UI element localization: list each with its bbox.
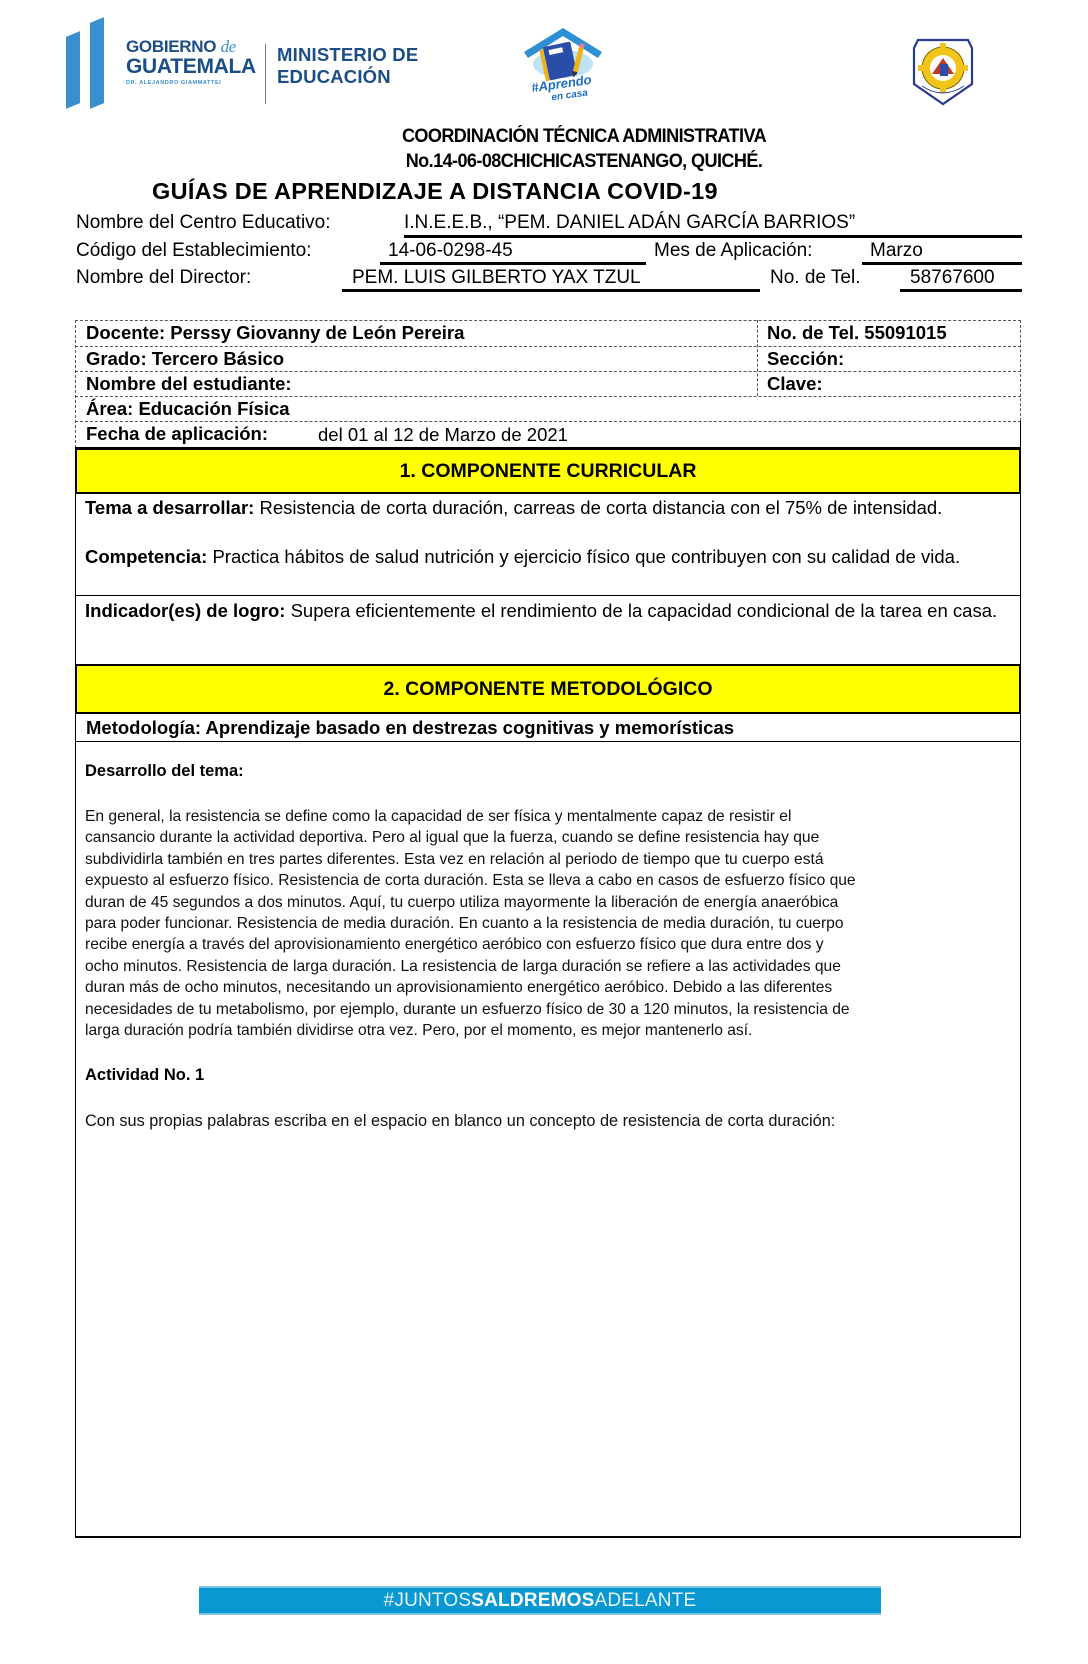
ministerio-line1: MINISTERIO DE [277, 44, 418, 66]
desarrollo-line: duran más de ocho minutos, necesitando u… [85, 977, 1015, 998]
seccion-cell: Sección: [767, 348, 844, 370]
centro-value: I.N.E.E.B., “PEM. DANIEL ADÁN GARCÍA BAR… [404, 212, 855, 234]
gobierno-flag-bar-icon [90, 17, 104, 109]
estudiante-cell[interactable]: Nombre del estudiante: [86, 373, 292, 395]
componente-curricular-heading: 1. COMPONENTE CURRICULAR [75, 448, 1021, 494]
gobierno-line3: DR. ALEJANDRO GIAMMATTEI [126, 81, 256, 87]
banner-prefix: #JUNTOS [384, 1590, 472, 1612]
gobierno-guatemala-logo: GOBIERNO de GUATEMALA DR. ALEJANDRO GIAM… [66, 16, 426, 106]
mes-value: Marzo [870, 240, 923, 262]
desarrollo-line: necesidades de tu metabolismo, por ejemp… [85, 999, 1015, 1020]
desarrollo-line: para poder funcionar. Resistencia de med… [85, 913, 1015, 934]
director-tel-value: 58767600 [910, 267, 995, 289]
tema-value: Resistencia de corta duración, carreas d… [254, 497, 942, 518]
competencia-value: Practica hábitos de salud nutrición y ej… [207, 546, 960, 567]
table-border [75, 421, 1021, 422]
gear-shield-crest-icon [910, 34, 976, 106]
indicador-paragraph: Indicador(es) de logro: Supera eficiente… [85, 597, 1000, 624]
table-border [75, 346, 1021, 347]
coordinacion-number: No.14-06-08CHICHICASTENANGO, QUICHÉ. [67, 151, 1088, 173]
componente-metodologico-heading: 2. COMPONENTE METODOLÓGICO [75, 664, 1021, 714]
content-box-bottom-border [75, 1536, 1021, 1538]
answer-blank-space[interactable] [80, 1140, 1016, 1532]
desarrollo-text: En general, la resistencia se define com… [85, 806, 1015, 1041]
codigo-label: Código del Establecimiento: [76, 240, 312, 262]
banner-bold: SALDREMOS [471, 1590, 594, 1612]
docente-cell: Docente: Perssy Giovanny de León Pereira [86, 322, 464, 344]
desarrollo-line: subdividirla también en tres partes dife… [85, 849, 1015, 870]
table-border [75, 371, 1021, 372]
director-tel-label: No. de Tel. [770, 267, 860, 289]
desarrollo-line: duran de 45 segundos a dos minutos. Aquí… [85, 892, 1015, 913]
ministerio-wordmark: MINISTERIO DE EDUCACIÓN [277, 44, 418, 88]
table-border [75, 320, 1021, 321]
table-border [75, 320, 76, 448]
indicador-label: Indicador(es) de logro: [85, 600, 285, 621]
docente-tel-cell: No. de Tel. 55091015 [767, 322, 947, 344]
competencia-paragraph: Competencia: Practica hábitos de salud n… [85, 545, 1012, 569]
area-cell: Área: Educación Física [86, 398, 290, 420]
clave-cell[interactable]: Clave: [767, 373, 823, 395]
desarrollo-line: cansancio durante la actividad deportiva… [85, 827, 1015, 848]
aprendo-en-casa-logo: #Aprendo en casa [518, 26, 608, 102]
coordinacion-title: COORDINACIÓN TÉCNICA ADMINISTRATIVA [67, 126, 1088, 148]
codigo-underline [380, 262, 646, 265]
desarrollo-heading: Desarrollo del tema: [85, 762, 244, 781]
content-box-left-border [75, 494, 76, 1537]
fecha-value: del 01 al 12 de Marzo de 2021 [318, 424, 568, 446]
gobierno-de: de [221, 37, 236, 56]
fecha-label: Fecha de aplicación: [86, 423, 268, 445]
juntos-saldremos-adelante-banner: #JUNTOSSALDREMOSADELANTE [199, 1586, 881, 1615]
mes-underline [862, 262, 1022, 265]
director-label: Nombre del Director: [76, 267, 251, 289]
director-value: PEM. LUIS GILBERTO YAX TZUL [352, 267, 641, 289]
grado-cell: Grado: Tercero Básico [86, 348, 284, 370]
actividad-heading: Actividad No. 1 [85, 1066, 204, 1085]
tel-underline [900, 289, 1022, 292]
centro-underline [404, 235, 1022, 238]
gobierno-line2: GUATEMALA [126, 56, 256, 77]
row-divider [75, 595, 1021, 596]
page-title: GUÍAS DE APRENDIZAJE A DISTANCIA COVID-1… [152, 178, 718, 205]
actividad-instruction: Con sus propias palabras escriba en el e… [85, 1111, 1015, 1132]
tema-paragraph: Tema a desarrollar: Resistencia de corta… [85, 496, 1012, 520]
centro-label: Nombre del Centro Educativo: [76, 212, 331, 234]
gobierno-flag-bar-icon [66, 31, 80, 109]
table-border [1020, 320, 1021, 421]
ministerio-line2: EDUCACIÓN [277, 66, 418, 88]
banner-suffix: ADELANTE [594, 1590, 696, 1612]
content-box-right-border [1020, 494, 1021, 1537]
indicador-value: Supera eficientemente el rendimiento de … [285, 600, 997, 621]
table-border [75, 396, 1021, 397]
director-underline [342, 289, 760, 292]
table-border [1020, 421, 1021, 448]
tema-label: Tema a desarrollar: [85, 497, 254, 518]
competencia-label: Competencia: [85, 546, 207, 567]
gobierno-line1: GOBIERNO [126, 37, 216, 56]
desarrollo-line: En general, la resistencia se define com… [85, 806, 1015, 827]
desarrollo-line: ocho minutos. Resistencia de larga durac… [85, 956, 1015, 977]
desarrollo-line: recibe energía a través del aprovisionam… [85, 934, 1015, 955]
mes-label: Mes de Aplicación: [654, 240, 812, 262]
row-divider [75, 741, 1021, 742]
metodologia-row: Metodología: Aprendizaje basado en destr… [86, 717, 734, 739]
desarrollo-line: larga duración podría también dividirse … [85, 1020, 1015, 1041]
table-border [757, 320, 758, 396]
school-crest-logo [910, 34, 976, 106]
gobierno-wordmark: GOBIERNO de GUATEMALA DR. ALEJANDRO GIAM… [126, 38, 256, 87]
desarrollo-line: expuesto al esfuerzo físico. Resistencia… [85, 870, 1015, 891]
house-notebook-pencil-icon: #Aprendo en casa [518, 26, 608, 102]
codigo-value: 14-06-0298-45 [388, 240, 513, 262]
logo-divider [265, 44, 266, 104]
